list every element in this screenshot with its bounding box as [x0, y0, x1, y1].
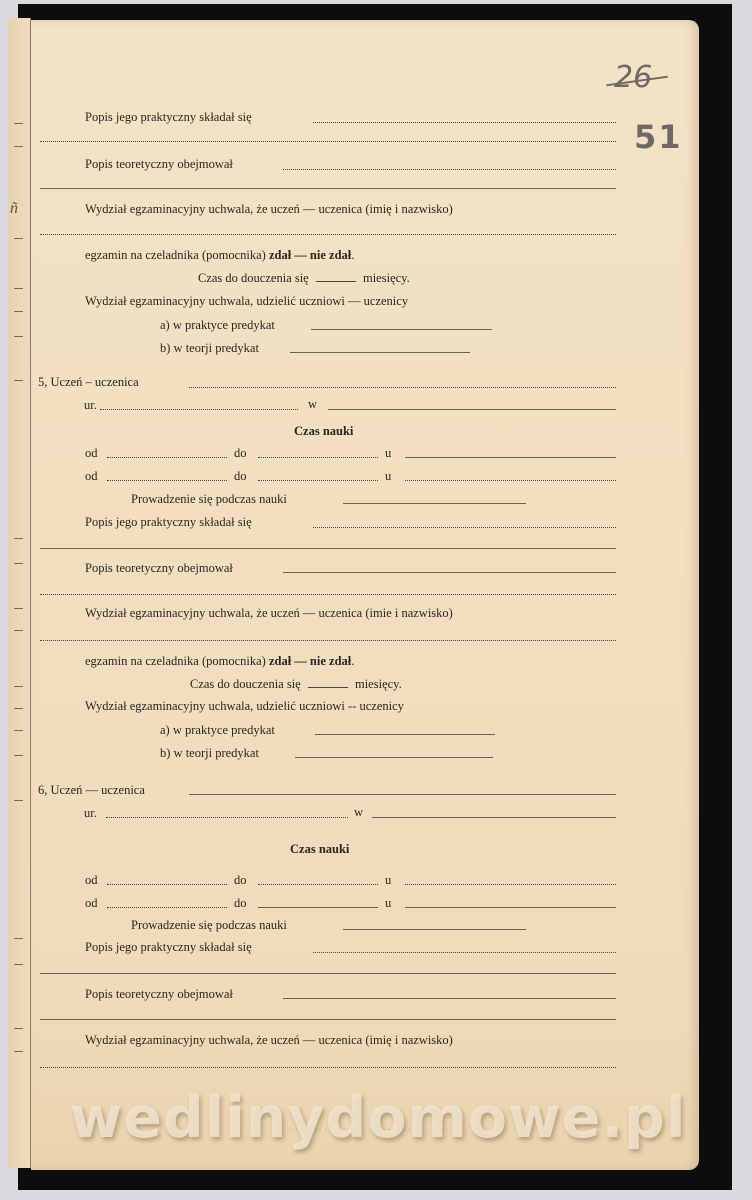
- field-miesiace[interactable]: [316, 281, 356, 282]
- field-popis-praktyczny-cont[interactable]: [40, 141, 616, 142]
- label-u-6b: u: [385, 896, 391, 911]
- heading-czas-nauki-6: Czas nauki: [290, 842, 349, 857]
- margin-tick: [14, 708, 23, 709]
- field-predykat-praktyka[interactable]: [311, 329, 492, 330]
- label-prowadzenie-5: Prowadzenie się podczas nauki: [131, 492, 287, 507]
- field-imie-nazwisko-6[interactable]: [40, 1067, 616, 1068]
- label-do-6b: do: [234, 896, 247, 911]
- label-od-6a: od: [85, 873, 98, 888]
- field-popis-praktyczny-5[interactable]: [313, 527, 616, 528]
- label-w-6: w: [354, 805, 363, 820]
- margin-tick: [14, 311, 23, 312]
- margin-tick: [14, 123, 23, 124]
- field-uczen-6[interactable]: [189, 794, 616, 795]
- label-u-5b: u: [385, 469, 391, 484]
- field-popis-teoretyczny[interactable]: [283, 169, 616, 170]
- field-popis-praktyczny-6[interactable]: [313, 952, 616, 953]
- egzamin-result: zdał — nie zdał: [269, 248, 351, 262]
- label-popis-teoretyczny-5: Popis teoretyczny obejmował: [85, 561, 233, 576]
- egzamin-result-line: egzamin na czeladnika (pomocnika) zdał —…: [85, 248, 354, 263]
- field-popis-teoretyczny-5[interactable]: [283, 572, 616, 573]
- field-u-5b[interactable]: [405, 480, 616, 481]
- margin-tick: [14, 238, 23, 239]
- label-wydzial-uchwala-6: Wydział egzaminacyjny uchwala, że uczeń …: [85, 1033, 453, 1048]
- margin-tick: [14, 630, 23, 631]
- czas-douczenia-label-5: Czas do douczenia się: [190, 677, 301, 691]
- margin-tick: [14, 686, 23, 687]
- label-predykat-teoria-5: b) w teorji predykat: [160, 746, 259, 761]
- field-imie-nazwisko-5[interactable]: [40, 640, 616, 641]
- czas-douczenia-line-5: Czas do douczenia się miesięcy.: [190, 677, 402, 692]
- field-w-6[interactable]: [372, 817, 616, 818]
- label-od-5b: od: [85, 469, 98, 484]
- label-wydzial-uchwala: Wydział egzaminacyjny uchwala, że uczeń …: [85, 202, 453, 217]
- czas-douczenia-line: Czas do douczenia się miesięcy.: [198, 271, 410, 286]
- label-do-5b: do: [234, 469, 247, 484]
- label-uczen-5: 5, Uczeń – uczenica: [38, 375, 139, 390]
- margin-tick: [14, 380, 23, 381]
- field-w-5[interactable]: [328, 409, 616, 410]
- field-u-5a[interactable]: [405, 457, 616, 458]
- margin-tick: [14, 146, 23, 147]
- egzamin-label: egzamin na czeladnika (pomocnika): [85, 248, 266, 262]
- field-ur-6[interactable]: [106, 817, 348, 818]
- field-od-6a[interactable]: [107, 884, 227, 885]
- egzamin-result-line-5: egzamin na czeladnika (pomocnika) zdał —…: [85, 654, 354, 669]
- field-u-6b[interactable]: [405, 907, 616, 908]
- label-popis-teoretyczny-6: Popis teoretyczny obejmował: [85, 987, 233, 1002]
- label-popis-praktyczny: Popis jego praktyczny składał się: [85, 110, 252, 125]
- label-od-5a: od: [85, 446, 98, 461]
- margin-tick: [14, 755, 23, 756]
- field-od-6b[interactable]: [107, 907, 227, 908]
- label-wydzial-udzielic-5: Wydział egzaminacyjny uchwala, udzielić …: [85, 699, 404, 714]
- czas-douczenia-label: Czas do douczenia się: [198, 271, 309, 285]
- label-wydzial-uchwala-5: Wydział egzaminacyjny uchwala, że uczeń …: [85, 606, 453, 621]
- label-popis-praktyczny-5: Popis jego praktyczny składał się: [85, 515, 252, 530]
- field-od-5a[interactable]: [107, 457, 227, 458]
- field-popis-teoretyczny-6[interactable]: [283, 998, 616, 999]
- field-do-5b[interactable]: [258, 480, 378, 481]
- margin-tick: [14, 336, 23, 337]
- label-prowadzenie-6: Prowadzenie się podczas nauki: [131, 918, 287, 933]
- egzamin-result-5: zdał — nie zdał: [269, 654, 351, 668]
- field-do-5a[interactable]: [258, 457, 378, 458]
- margin-tick: [14, 1028, 23, 1029]
- label-popis-praktyczny-6: Popis jego praktyczny składał się: [85, 940, 252, 955]
- field-popis-praktyczny-5-cont[interactable]: [40, 548, 616, 549]
- field-popis-praktyczny-6-cont[interactable]: [40, 973, 616, 974]
- label-predykat-praktyka: a) w praktyce predykat: [160, 318, 275, 333]
- field-u-6a[interactable]: [405, 884, 616, 885]
- field-prowadzenie-6[interactable]: [343, 929, 526, 930]
- handwritten-page-number: 51: [634, 118, 683, 156]
- field-predykat-praktyka-5[interactable]: [315, 734, 495, 735]
- margin-tick: [14, 608, 23, 609]
- margin-tick: [14, 1051, 23, 1052]
- label-popis-teoretyczny: Popis teoretyczny obejmował: [85, 157, 233, 172]
- label-wydzial-udzielic: Wydział egzaminacyjny uchwala, udzielić …: [85, 294, 408, 309]
- heading-czas-nauki-5: Czas nauki: [294, 424, 353, 439]
- field-popis-teoretyczny-5-cont[interactable]: [40, 594, 616, 595]
- margin-scrawl: ñ: [10, 200, 18, 218]
- margin-tick: [14, 964, 23, 965]
- watermark: wedlinydomowe.pl: [58, 1085, 698, 1151]
- field-popis-praktyczny[interactable]: [313, 122, 616, 123]
- field-popis-teoretyczny-6-cont[interactable]: [40, 1019, 616, 1020]
- label-do-6a: do: [234, 873, 247, 888]
- label-w-5: w: [308, 397, 317, 412]
- field-od-5b[interactable]: [107, 480, 227, 481]
- label-u-5a: u: [385, 446, 391, 461]
- label-u-6a: u: [385, 873, 391, 888]
- egzamin-label-5: egzamin na czeladnika (pomocnika): [85, 654, 266, 668]
- left-page-edge: ñ: [8, 18, 31, 1168]
- field-ur-5[interactable]: [100, 409, 298, 410]
- margin-tick: [14, 563, 23, 564]
- label-od-6b: od: [85, 896, 98, 911]
- margin-tick: [14, 538, 23, 539]
- label-predykat-teoria: b) w teorji predykat: [160, 341, 259, 356]
- margin-tick: [14, 288, 23, 289]
- field-popis-teoretyczny-cont[interactable]: [40, 188, 616, 189]
- field-do-6b[interactable]: [258, 907, 378, 908]
- field-miesiace-5[interactable]: [308, 687, 348, 688]
- label-predykat-praktyka-5: a) w praktyce predykat: [160, 723, 275, 738]
- label-ur-5: ur.: [84, 398, 97, 413]
- field-uczen-5[interactable]: [189, 387, 616, 388]
- margin-tick: [14, 938, 23, 939]
- field-prowadzenie-5[interactable]: [343, 503, 526, 504]
- margin-tick: [14, 800, 23, 801]
- label-ur-6: ur.: [84, 806, 97, 821]
- field-predykat-teoria-5[interactable]: [295, 757, 493, 758]
- handwritten-crossed-number: 26: [614, 60, 652, 95]
- margin-tick: [14, 730, 23, 731]
- label-uczen-6: 6, Uczeń — uczenica: [38, 783, 145, 798]
- field-predykat-teoria[interactable]: [290, 352, 470, 353]
- field-imie-nazwisko[interactable]: [40, 234, 616, 235]
- field-do-6a[interactable]: [258, 884, 378, 885]
- label-do-5a: do: [234, 446, 247, 461]
